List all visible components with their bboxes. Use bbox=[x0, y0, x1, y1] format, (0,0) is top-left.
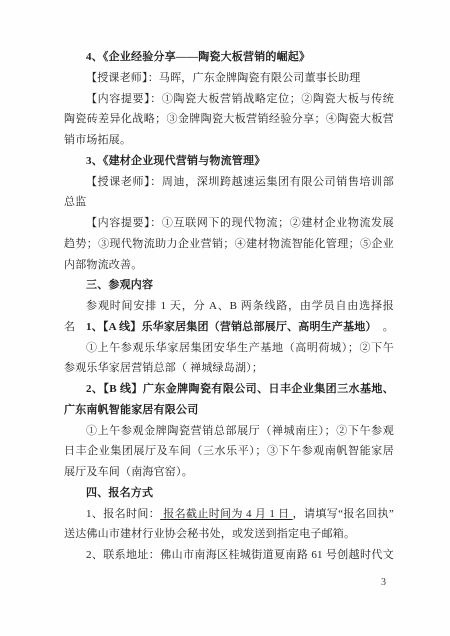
text-line: 【授课老师】：马晖，广东金牌陶瓷有限公司董事长助理 bbox=[64, 68, 394, 89]
text-run: 日丰企业集团展厅及车间（三水乐平）；③下午参观南帆智能家居 bbox=[64, 445, 394, 457]
text-line: 内部物流改善。 bbox=[64, 255, 394, 276]
text-line: 2、【B 线】广东金牌陶瓷有限公司、日丰企业集团三水基地、 bbox=[64, 379, 394, 400]
text-line: 3、《建材企业现代营销与物流管理》 bbox=[64, 151, 394, 172]
text-line: 销市场拓展。 bbox=[64, 130, 394, 151]
text-line: ①上午参观金牌陶瓷营销总部展厅（禅城南庄）；②下午参观 bbox=[64, 421, 394, 442]
underlined-text: 报名截止时间为 4 月 1 日 bbox=[160, 508, 293, 520]
text-run: 【授课老师】：周迪，深圳跨越速运集团有限公司销售培训部 bbox=[86, 176, 394, 188]
text-line: 总监 bbox=[64, 192, 394, 213]
text-run: 展厅及车间（南海官窑）。 bbox=[64, 466, 193, 478]
text-run: 参观乐华家居营销总部（ 禅城绿岛湖）； bbox=[64, 362, 263, 374]
text-run: 2、【B 线】广东金牌陶瓷有限公司、日丰企业集团三水基地、 bbox=[86, 383, 394, 395]
text-run: ，请填写“报名回执” bbox=[293, 508, 394, 520]
text-run: 销市场拓展。 bbox=[64, 134, 131, 146]
text-line: ①上午参观乐华家居集团安华生产基地（高明荷城）；②下午 bbox=[64, 338, 394, 359]
text-line: 展厅及车间（南海官窑）。 bbox=[64, 462, 394, 483]
text-line: 陶瓷砖差异化战略；③金牌陶瓷大板营销经验分享；④陶瓷大板营 bbox=[64, 109, 394, 130]
text-run: 【内容提要】：①陶瓷大板营销战略定位；②陶瓷大板与传统 bbox=[86, 93, 394, 105]
text-run: 1、报名时间： bbox=[86, 508, 160, 520]
text-line: 四、报名方式 bbox=[64, 483, 394, 504]
text-line: 广东南帆智能家居有限公司 bbox=[64, 400, 394, 421]
page-number: 3 bbox=[64, 576, 386, 590]
document-page: 4、《企业经验分享——陶瓷大板营销的崛起》【授课老师】：马晖，广东金牌陶瓷有限公… bbox=[0, 0, 450, 636]
text-line: 三、参观内容 bbox=[64, 275, 394, 296]
text-run: 三、参观内容 bbox=[86, 279, 153, 291]
text-run: 趋势；③现代物流助力企业营销；④建材物流智能化管理；⑤企业 bbox=[64, 238, 394, 250]
text-run: 3、《建材企业现代营销与物流管理》 bbox=[86, 155, 265, 167]
text-run: 【内容提要】：①互联网下的现代物流；②建材企业物流发展 bbox=[86, 217, 394, 229]
text-line: 2、联系地址：佛山市南海区桂城街道夏南路 61 号创越时代文 bbox=[64, 545, 394, 566]
text-line: 1、报名时间： 报名截止时间为 4 月 1 日 ，请填写“报名回执” bbox=[64, 504, 394, 525]
text-run: ①上午参观金牌陶瓷营销总部展厅（禅城南庄）；②下午参观 bbox=[86, 425, 394, 437]
text-line: 送达佛山市建材行业协会秘书处，或发送到指定电子邮箱。 bbox=[64, 524, 394, 545]
text-run: 4、《企业经验分享——陶瓷大板营销的崛起》 bbox=[86, 51, 310, 63]
text-line: 【授课老师】：周迪，深圳跨越速运集团有限公司销售培训部 bbox=[64, 172, 394, 193]
text-run: 内部物流改善。 bbox=[64, 259, 142, 271]
text-line: 【内容提要】：①陶瓷大板营销战略定位；②陶瓷大板与传统 bbox=[64, 89, 394, 110]
text-line: 趋势；③现代物流助力企业营销；④建材物流智能化管理；⑤企业 bbox=[64, 234, 394, 255]
text-run: 送达佛山市建材行业协会秘书处，或发送到指定电子邮箱。 bbox=[64, 528, 355, 540]
text-run: ①上午参观乐华家居集团安华生产基地（高明荷城）；②下午 bbox=[86, 342, 394, 354]
text-run: 四、报名方式 bbox=[86, 487, 153, 499]
text-run: 广东南帆智能家居有限公司 bbox=[64, 404, 198, 416]
text-run: 1、【A 线】乐华家居集团（营销总部展厅、高明生产基地） bbox=[86, 321, 377, 333]
text-line: 4、《企业经验分享——陶瓷大板营销的崛起》 bbox=[64, 47, 394, 68]
text-line: 1、【A 线】乐华家居集团（营销总部展厅、高明生产基地） bbox=[64, 317, 394, 338]
text-line: 参观时间安排 1 天，分 A、B 两条线路，由学员自由选择报名。 bbox=[64, 296, 394, 317]
document-body: 4、《企业经验分享——陶瓷大板营销的崛起》【授课老师】：马晖，广东金牌陶瓷有限公… bbox=[64, 47, 394, 566]
text-line: 日丰企业集团展厅及车间（三水乐平）；③下午参观南帆智能家居 bbox=[64, 441, 394, 462]
text-line: 参观乐华家居营销总部（ 禅城绿岛湖）； bbox=[64, 358, 394, 379]
text-run: 陶瓷砖差异化战略；③金牌陶瓷大板营销经验分享；④陶瓷大板营 bbox=[64, 113, 394, 125]
text-run: 2、联系地址：佛山市南海区桂城街道夏南路 61 号创越时代文 bbox=[86, 549, 394, 561]
text-line: 【内容提要】：①互联网下的现代物流；②建材企业物流发展 bbox=[64, 213, 394, 234]
text-run: 【授课老师】：马晖，广东金牌陶瓷有限公司董事长助理 bbox=[86, 72, 361, 84]
text-run: 总监 bbox=[64, 196, 86, 208]
